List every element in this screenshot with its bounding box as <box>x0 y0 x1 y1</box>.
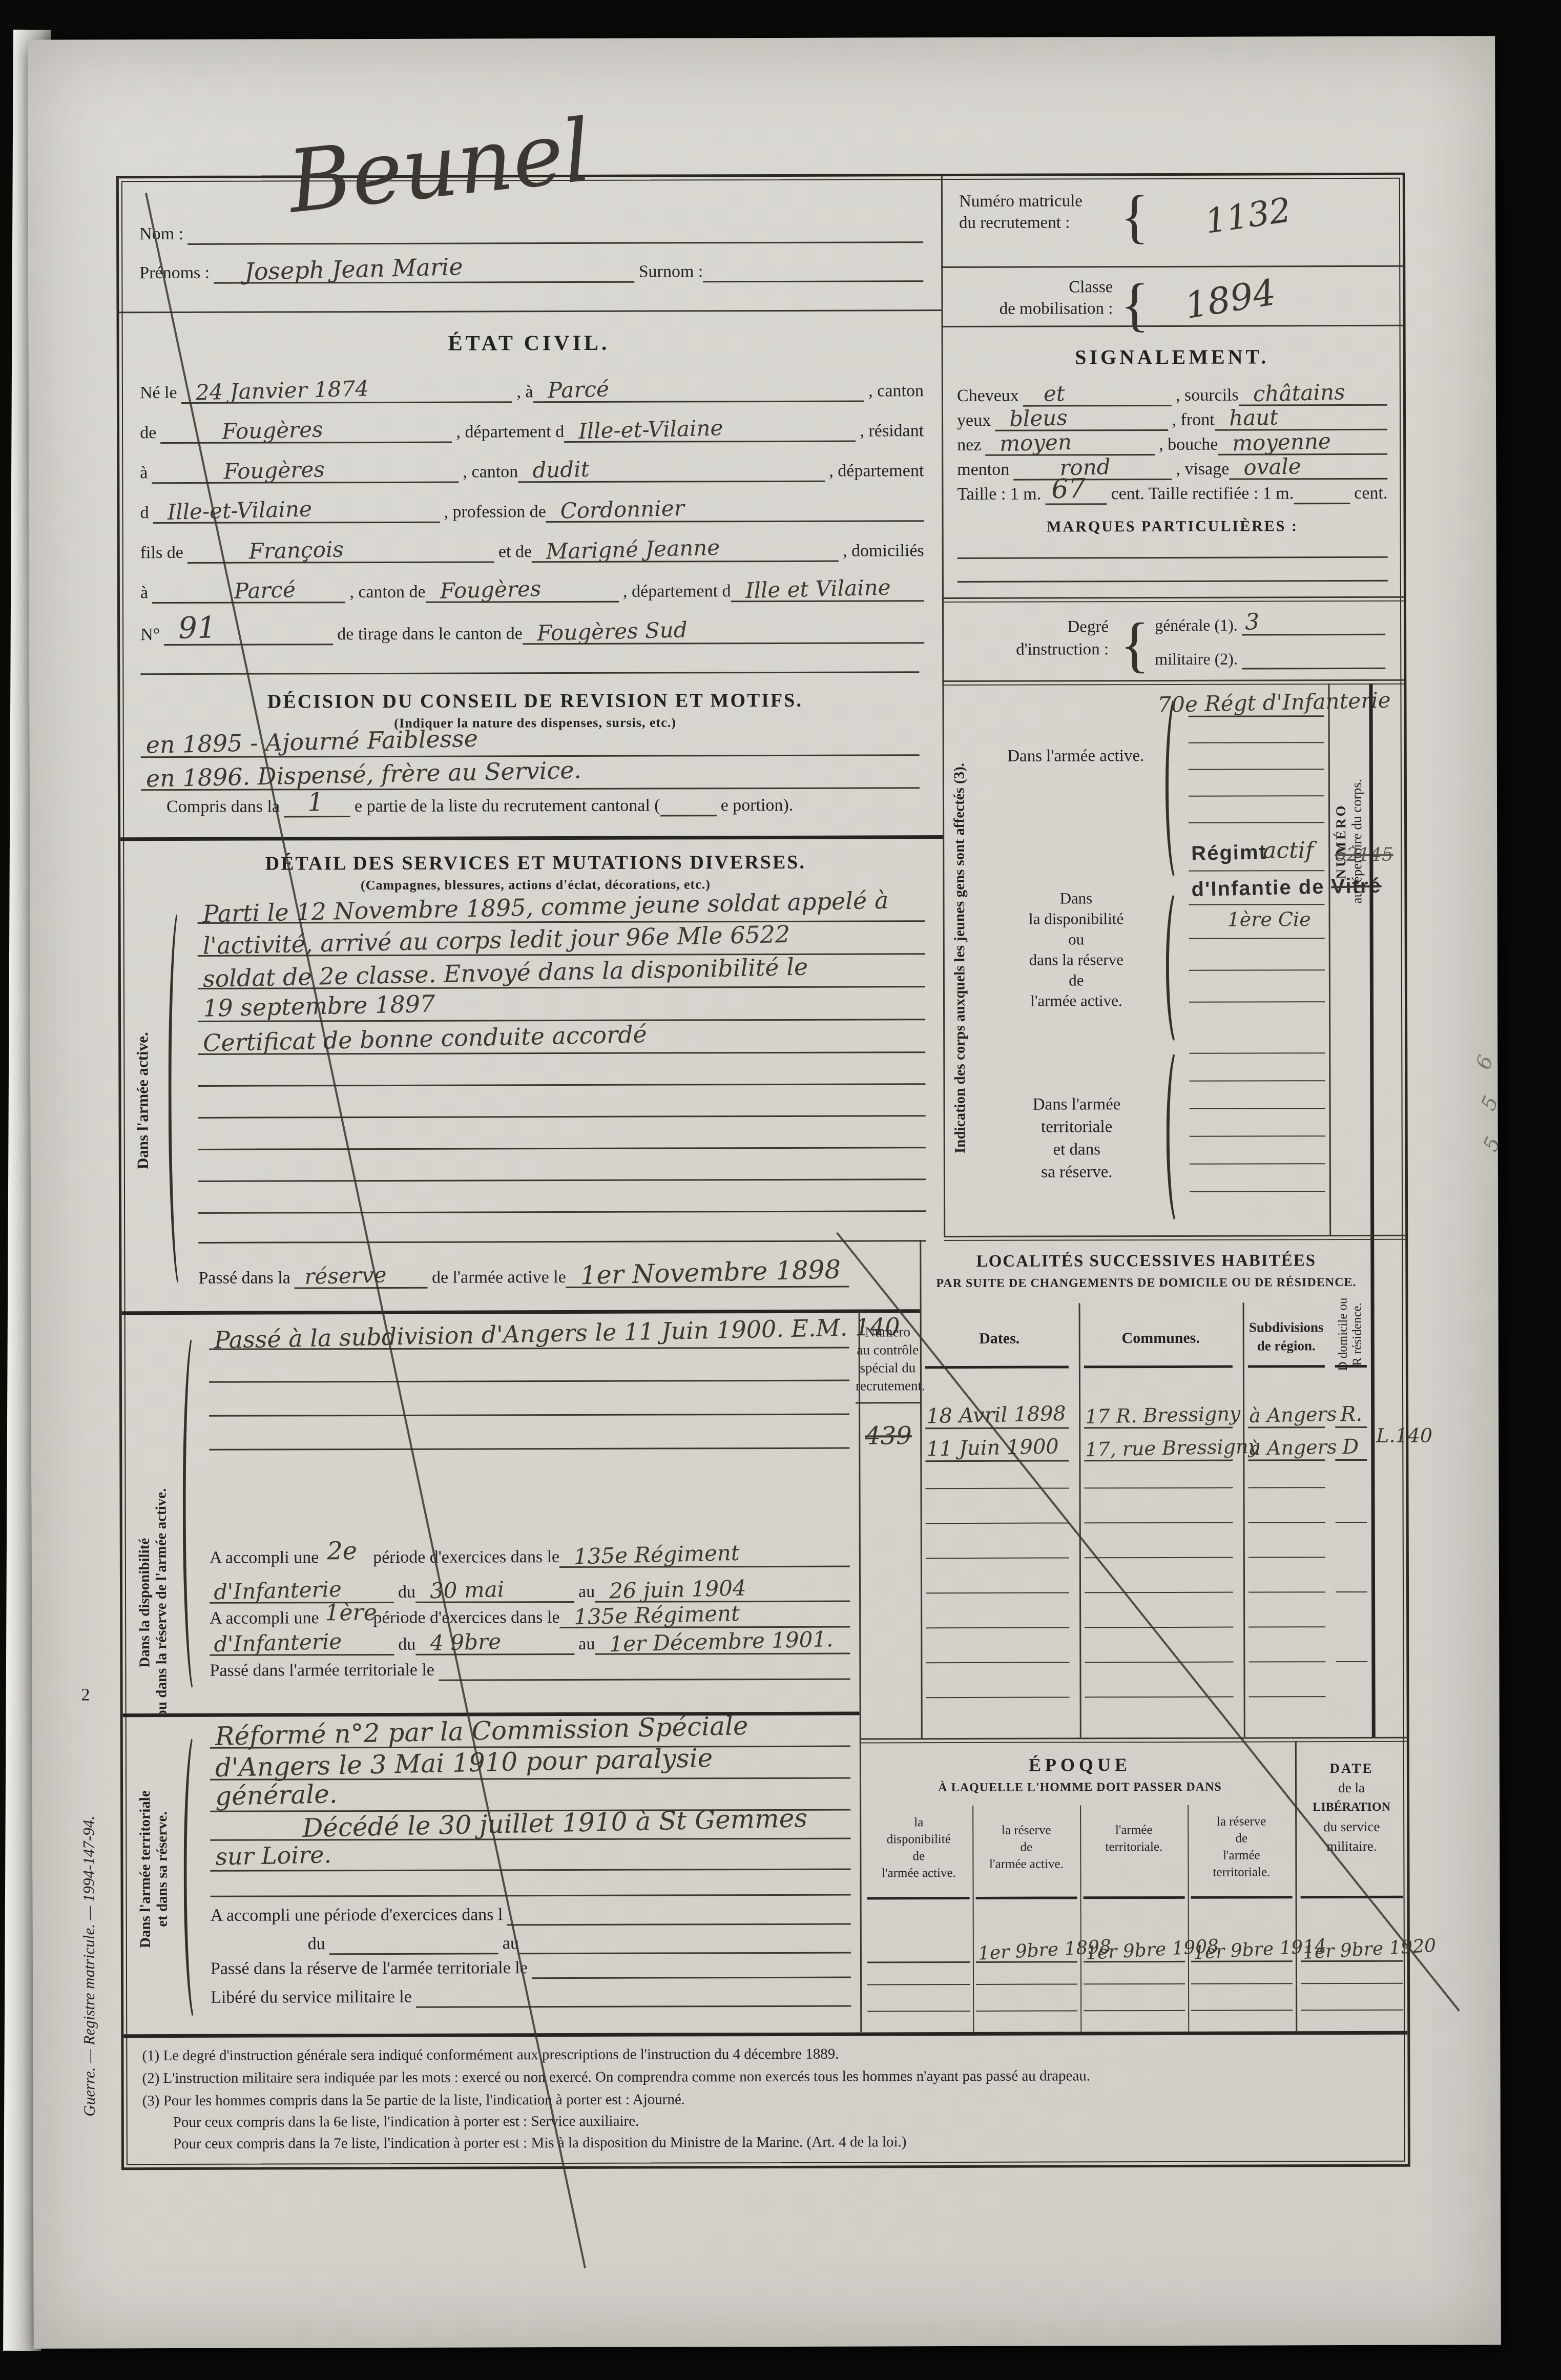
blank-ruled-line <box>1189 742 1324 743</box>
exercice2-numero-value: 1ère <box>325 1600 377 1626</box>
blank-ruled-line <box>1190 1163 1325 1165</box>
residant-label: , résidant <box>856 421 924 442</box>
empty-row-line <box>1248 1487 1325 1488</box>
reforme-line-2: d'Angers le 3 Mai 1910 pour paralysie <box>210 1754 850 1781</box>
localites-title: LOCALITÉS SUCCESSIVES HABITÉES <box>921 1251 1371 1271</box>
double-rule-d <box>942 684 1404 686</box>
passe-reserve-field-2: 1er Novembre 1898 <box>566 1260 849 1288</box>
exercice2-au-value: 1er Décembre 1901. <box>609 1626 834 1657</box>
departement-domicile-field: Ille et Vilaine <box>731 573 924 602</box>
front-field: haut <box>1215 405 1388 431</box>
bouche-value: moyenne <box>1232 428 1331 456</box>
profession-value: Cordonnier <box>560 495 684 524</box>
a-label: , à <box>512 382 533 403</box>
residence-field: Fougères <box>152 455 459 484</box>
bouche-field: moyenne <box>1218 430 1387 456</box>
nom-label: Nom : <box>139 224 188 245</box>
empty-row-line <box>1248 1522 1325 1523</box>
service-line-4: 19 septembre 1897 <box>198 996 925 1022</box>
decede-line-2: sur Loire. <box>210 1845 850 1872</box>
col-communes-header: Communes. <box>1084 1330 1238 1348</box>
spine-page-number: 2 <box>81 1685 90 1705</box>
empty-row-line <box>1301 1983 1403 1984</box>
epoque-value-1 <box>867 1939 970 1963</box>
libere-field <box>416 1983 851 2008</box>
profession-label: , profession de <box>440 502 546 523</box>
corps-strip-divider <box>1328 684 1331 1235</box>
corps-right-rotated-label: NUMÉRO au répertoire du corps. <box>1333 779 1365 903</box>
corps-terr-brace <box>1166 1047 1190 1227</box>
localites-top-rule-b <box>944 1239 1405 1241</box>
empty-row-line <box>1249 1696 1326 1697</box>
yeux-label: yeux <box>957 411 995 431</box>
prenoms-label: Prénoms : <box>139 263 214 284</box>
departement-naissance-field: Ille-et-Vilaine <box>564 414 856 443</box>
margin-note-l140: L.140 <box>1376 1424 1432 1447</box>
canton-label: , canton <box>864 381 924 402</box>
empty-row-line <box>1191 1983 1293 1984</box>
visage-label: , visage <box>1172 460 1229 480</box>
visage-value: ovale <box>1243 453 1301 480</box>
exercice2-numero-gap: 1ère <box>323 1603 369 1629</box>
footnotes-divider <box>123 2031 1407 2038</box>
epoque-date-header: DATE de la LIBÉRATION du service militai… <box>1300 1758 1403 1856</box>
empty-row-line <box>1248 1591 1325 1592</box>
decision-line-2: en 1896. Dispensé, frère au Service. <box>141 767 920 791</box>
decede-value-2: sur Loire. <box>215 1840 332 1871</box>
domicilies-label: , domiciliés <box>839 541 924 562</box>
marques-title: MARQUES PARTICULIÈRES : <box>942 518 1403 536</box>
epoque-top-rule-b <box>860 1741 1407 1744</box>
departement3-label: , département d <box>619 582 731 603</box>
stamp-regiment: Régimt <box>1191 841 1267 865</box>
sourcils-field: châtains <box>1239 381 1387 406</box>
exercice2-label-2: période d'exercices dans le <box>369 1608 560 1629</box>
empty-row-line <box>976 1983 1077 1985</box>
exercice1-label-1: A accompli une <box>210 1548 323 1569</box>
au-field <box>519 1930 851 1955</box>
section-divider <box>120 835 943 841</box>
epoque-date-value: 1er 9bre 1920 <box>1301 1938 1403 1962</box>
domicile-field: Parcé <box>152 575 346 604</box>
blank-ruled-line <box>1189 769 1324 770</box>
profession-field: Cordonnier <box>546 493 924 523</box>
epoque-header-rule <box>1084 1896 1185 1899</box>
disponibilite-side-label: Dans la disponibilité ou dans la réserve… <box>136 1488 171 1717</box>
lieu-naissance-value: Parcé <box>547 377 609 403</box>
blank-ruled-line <box>958 556 1388 559</box>
cheveux-field: et <box>1023 381 1172 407</box>
header-bottom-rule <box>119 309 941 313</box>
exercice2-label-1: A accompli une <box>210 1608 323 1629</box>
passe-reserve-label-2: de l'armée active le <box>428 1268 566 1289</box>
exercice2-corps-field: d'Infanterie <box>210 1628 394 1656</box>
compris-label: Compris dans la <box>166 797 284 818</box>
canton-residence-field: dudit <box>518 454 825 483</box>
epoque-value-2: 1er 9bre 1898 <box>976 1938 1077 1963</box>
corps-dispo-brace <box>1165 888 1190 1048</box>
table-divider-2 <box>1243 1303 1245 1737</box>
footnote-5: Pour ceux compris dans la 7e liste, l'in… <box>173 2134 907 2153</box>
blank-ruled-line <box>1189 1080 1325 1082</box>
empty-row-line <box>1085 1662 1233 1663</box>
localite-row2-subdivision: à Angers <box>1248 1437 1325 1461</box>
footnote-4: Pour ceux compris dans la 6e liste, l'in… <box>173 2113 639 2131</box>
decede-line-1: Décédé le 30 juillet 1910 à St Gemmes <box>210 1814 850 1841</box>
blank-ruled-line <box>198 1083 925 1087</box>
taille-value: 67 <box>1051 473 1086 505</box>
double-rule-c <box>942 679 1404 682</box>
du-label: du <box>308 1934 329 1955</box>
date-naissance-value: 24 Janvier 1874 <box>195 376 369 405</box>
corps-terr-label: Dans l'armée territoriale et dans sa rés… <box>992 1093 1161 1184</box>
decision-title: DÉCISION DU CONSEIL DE REVISION ET MOTIF… <box>181 689 888 713</box>
degre-generale-value: 3 <box>1244 609 1259 635</box>
compris-partie-field: 1 <box>284 791 350 817</box>
table-header-rule-3 <box>1248 1365 1325 1368</box>
edge-mark: 5 <box>1479 1133 1505 1155</box>
col-dr-header: D domicile ou R résidence. <box>1336 1297 1365 1371</box>
scanned-register-page: Guerre. — Registre matricule. — 1994-147… <box>0 0 1561 2380</box>
menton-label: menton <box>957 460 1013 481</box>
canton-domicile-value: Fougères <box>440 576 542 604</box>
tirage-canton-field: Fougères Sud <box>523 613 924 645</box>
compris-label-3: e portion). <box>717 796 794 816</box>
canton-residence-value: dudit <box>532 457 590 483</box>
front-value: haut <box>1229 404 1278 430</box>
epoque-header-rule <box>976 1896 1077 1899</box>
armee-active-side-label: Dans l'armée active. <box>133 1032 152 1169</box>
localite-row2-commune: 17, rue Bressigny <box>1084 1437 1233 1462</box>
date-naissance-field: 24 Janvier 1874 <box>181 375 513 404</box>
exercice1-regiment-value: 135e Régiment <box>574 1540 740 1569</box>
blank-ruled-line <box>958 580 1388 583</box>
blank-ruled-line <box>198 1210 926 1214</box>
pere-value: François <box>248 536 344 564</box>
departement-naissance-value: Ille-et-Vilaine <box>578 415 723 444</box>
exercice2-regiment-field: 135e Régiment <box>559 1601 850 1628</box>
localite-row1-dr: R. <box>1335 1404 1367 1428</box>
double-rule-b <box>942 601 1404 603</box>
blank-ruled-line <box>1189 822 1324 823</box>
empty-row-line <box>926 1592 1069 1593</box>
matricule-form: Beunel Nom : Prénoms : Joseph Jean Marie… <box>116 173 1410 2170</box>
nez-label: nez <box>957 436 985 456</box>
lieu-naissance-field: Parcé <box>533 374 864 403</box>
corps-dispo-label: Dans la disponibilité ou dans la réserve… <box>991 888 1161 1011</box>
exercice3-field <box>507 1900 850 1926</box>
exercice1-numero-value: 2e <box>327 1537 357 1565</box>
signature-nom: Beunel <box>283 100 596 232</box>
lower-column-divider <box>859 1310 862 2033</box>
corps-active-value: 70e Régt d'Infanterie <box>1157 688 1391 717</box>
stamp-hand-actif: actif <box>1263 837 1314 863</box>
nez-field: moyen <box>985 430 1155 456</box>
departement-domicile-value: Ille et Vilaine <box>745 574 891 603</box>
epoque-col2-header: la réserve de l'armée active. <box>972 1822 1080 1873</box>
blank-ruled-line <box>198 1240 926 1244</box>
corps-active-brace <box>1165 693 1189 884</box>
nez-value: moyen <box>1000 429 1072 456</box>
empty-row-line <box>1085 1557 1233 1559</box>
epoque-title: ÉPOQUE <box>865 1753 1295 1776</box>
passe-reserve-field-1: réserve <box>295 1261 428 1289</box>
degre-generale-field: 3 <box>1242 612 1385 636</box>
numero-tirage-value: 91 <box>178 610 216 646</box>
mere-value: Marigné Jeanne <box>546 535 720 564</box>
visage-field: ovale <box>1229 454 1387 480</box>
empty-row-line <box>1085 1487 1233 1489</box>
prenoms-value: Joseph Jean Marie <box>244 253 464 285</box>
cheveux-label: Cheveux <box>957 386 1023 407</box>
epoque-value-3: 1er 9bre 1908 <box>1084 1938 1185 1963</box>
prenoms-field: Joseph Jean Marie <box>214 257 635 284</box>
sourcils-label: , sourcils <box>1172 386 1239 406</box>
col-dates-header: Dates. <box>925 1330 1074 1348</box>
territoriale-brace <box>183 1731 207 2024</box>
empty-row-line <box>1085 1696 1234 1698</box>
blank-ruled-line <box>1189 795 1324 797</box>
exercice2-du-value: 4 9bre <box>430 1629 502 1655</box>
blank-ruled-line <box>198 1147 926 1150</box>
tirage-canton-value: Fougères Sud <box>536 617 688 646</box>
taille-label-1: Taille : 1 m. <box>957 485 1045 505</box>
service-value-3: soldat de 2e classe. Envoyé dans la disp… <box>202 953 808 992</box>
epoque-top-rule-a <box>860 1737 1407 1740</box>
service-value-2: l'activité, arrivé au corps ledit jour 9… <box>202 920 790 960</box>
epoque-col1-header: la disponibilité de l'armée active. <box>865 1814 972 1882</box>
empty-row-line <box>867 2011 970 2012</box>
localite-row2-date: 11 Juin 1900 <box>925 1437 1069 1462</box>
epoque-value-4: 1er 9bre 1914 <box>1191 1938 1293 1962</box>
residence-value: Fougères <box>223 457 325 484</box>
register-page: Guerre. — Registre matricule. — 1994-147… <box>28 36 1501 2348</box>
degre-generale-label: générale (1). <box>1155 616 1242 636</box>
ne-le-label: Né le <box>140 383 181 404</box>
empty-row-line <box>926 1696 1070 1698</box>
empty-row-line <box>1085 1522 1233 1524</box>
a2-label: à <box>140 463 152 484</box>
stamp-line-rule <box>1189 870 1324 872</box>
service-line-1: Parti le 12 Novembre 1895, comme jeune s… <box>198 898 925 924</box>
classe-rule <box>942 325 1403 327</box>
taille-label-3: cent. <box>1350 484 1387 504</box>
empty-row-line <box>1301 2010 1403 2011</box>
empty-row-line <box>1248 1557 1325 1558</box>
empty-row-line <box>1191 2010 1293 2011</box>
pere-field: François <box>188 534 494 564</box>
numero-tirage-label: N° <box>140 625 164 646</box>
empty-row-line <box>926 1627 1069 1628</box>
empty-row-line <box>1248 1661 1325 1662</box>
degre-label: Degré d'instruction : <box>981 615 1109 661</box>
empty-row-line <box>976 2010 1077 2012</box>
blank-ruled-line <box>1190 1108 1325 1109</box>
armee-active-brace <box>168 906 193 1291</box>
corps-active-label: Dans l'armée active. <box>991 744 1160 768</box>
disponibilite-brace <box>182 1331 207 1696</box>
domicile-value: Parcé <box>234 577 296 604</box>
matricule-brace: { <box>1120 183 1149 251</box>
blank-ruled-line <box>140 671 919 675</box>
blank-ruled-line <box>1189 1001 1325 1003</box>
yeux-field: bleus <box>995 406 1168 431</box>
footnote-2: (2) L'instruction militaire sera indiqué… <box>142 2067 1090 2087</box>
epoque-date-divider <box>1295 1741 1297 2031</box>
corps-heavy-divider <box>1369 684 1375 1737</box>
epoque-header-rule <box>1301 1896 1403 1899</box>
passe-reserve-territoriale-label: Passé dans la réserve de l'armée territo… <box>211 1958 532 1980</box>
passe-territoriale-field <box>439 1655 850 1681</box>
footnote-1: (1) Le degré d'instruction générale sera… <box>142 2046 839 2065</box>
cancellation-stroke-right <box>836 1232 1460 2012</box>
compris-partie-value: 1 <box>307 787 324 817</box>
passe-territoriale-label: Passé dans l'armée territoriale le <box>210 1661 439 1682</box>
numero-tirage-field: 91 <box>164 615 333 646</box>
empty-row-line <box>1336 1661 1367 1662</box>
epoque-header-rule <box>867 1897 970 1900</box>
passe-reserve-value-2: 1er Novembre 1898 <box>580 1254 841 1290</box>
reforme-value-3: générale. <box>215 1779 338 1811</box>
table-header-rule-2 <box>1084 1365 1233 1369</box>
empty-row-line <box>926 1487 1069 1489</box>
departement2-label: , département <box>825 461 924 482</box>
canton2-label: , canton <box>459 462 518 483</box>
tirage-canton-label: de tirage dans le canton de <box>333 624 523 645</box>
blank-ruled-line <box>1190 1191 1325 1192</box>
canton3-label: , canton de <box>345 583 425 603</box>
empty-row-line <box>926 1662 1069 1663</box>
epoque-header-rule <box>1191 1896 1293 1899</box>
controle-header-rule <box>856 1402 920 1403</box>
exercice2-au-label: au <box>574 1634 595 1655</box>
table-header-rule-4 <box>1335 1365 1367 1368</box>
exercice2-corps-value: d'Infanterie <box>214 1629 342 1657</box>
col-subdivisions-header: Subdivisions de région. <box>1248 1318 1325 1355</box>
localite-row2-dr: D <box>1335 1437 1367 1461</box>
departement-residence-field: Ille-et-Vilaine <box>153 495 440 524</box>
localite-row1-date: 18 Avril 1898 <box>925 1404 1069 1429</box>
epoque-col4-header: la réserve de l'armée territoriale. <box>1188 1813 1295 1881</box>
exercice1-regiment-field: 135e Régiment <box>559 1540 850 1568</box>
empty-row-line <box>926 1522 1069 1524</box>
spine-label: Guerre. — Registre matricule. — 1994-147… <box>79 1816 99 2117</box>
degre-militaire-label: militaire (2). <box>1155 650 1242 670</box>
exercice2-du-field: 4 9bre <box>415 1628 574 1655</box>
a3-label: à <box>140 583 152 604</box>
canton-domicile-field: Fougères <box>426 574 619 603</box>
classe-brace: { <box>1120 271 1149 339</box>
blank-ruled-line <box>209 1414 849 1417</box>
empty-row-line <box>1085 1592 1233 1593</box>
controle-header: Numéro au contrôle spécial du recrutemen… <box>856 1323 920 1395</box>
compris-portion-field <box>660 790 717 816</box>
classe-value: 1894 <box>1182 271 1279 327</box>
compris-label-2: e partie de la liste du recrutement cant… <box>350 796 660 818</box>
localite-row1-commune: 17 R. Bressigny <box>1084 1404 1233 1429</box>
matricule-label: Numéro matricule du recrutement : <box>959 190 1083 234</box>
service-line-3: soldat de 2e classe. Envoyé dans la disp… <box>198 963 925 989</box>
blank-ruled-line <box>198 1115 926 1119</box>
exercice1-numero-gap: 2e <box>323 1543 369 1568</box>
libere-label: Libéré du service militaire le <box>211 1988 416 2009</box>
corps-left-rotated-label: Indication des corps auxquels les jeunes… <box>951 763 969 1153</box>
empty-row-line <box>926 1557 1069 1559</box>
exercice2-du-label: du <box>394 1635 415 1655</box>
table-divider-1 <box>1079 1303 1081 1737</box>
blank-ruled-line <box>1189 938 1325 939</box>
signalement-title: SIGNALEMENT. <box>942 344 1403 369</box>
epoque-col3-header: l'armée territoriale. <box>1080 1822 1188 1856</box>
localites-top-rule-a <box>944 1235 1405 1237</box>
blank-ruled-line <box>198 1178 926 1182</box>
table-border-left <box>920 1240 923 1738</box>
exercice2-au-field: 1er Décembre 1901. <box>595 1627 850 1655</box>
blank-ruled-line <box>1189 969 1325 971</box>
double-rule-a <box>942 596 1404 599</box>
exercice1-du-label: du <box>394 1583 415 1603</box>
stamp-hand-compagnie: 1ère Cie <box>1227 908 1311 930</box>
canton-naissance-value: Fougères <box>222 417 324 444</box>
localites-subtitle: PAR SUITE DE CHANGEMENTS DE DOMICILE OU … <box>921 1276 1371 1291</box>
matricule-value: 1132 <box>1202 190 1293 241</box>
mere-field: Marigné Jeanne <box>532 534 839 563</box>
taille-field: 67 <box>1045 480 1107 505</box>
epoque-subtitle: À LAQUELLE L'HOMME DOIT PASSER DANS <box>865 1780 1295 1795</box>
blank-ruled-line <box>209 1447 849 1451</box>
exercice3-label: A accompli une période d'exercices dans … <box>211 1905 507 1927</box>
canton-naissance-field: Fougères <box>160 415 452 444</box>
stamp-line-rule-2 <box>1189 904 1325 905</box>
subdivision-line: Passé à la subdivision d'Angers le 11 Ju… <box>209 1323 849 1350</box>
territoriale-side-label: Dans l'armée territoriale et dans sa rés… <box>137 1790 171 1948</box>
taille-label-2: cent. Taille rectifiée : 1 m. <box>1107 484 1294 505</box>
exercice1-label-2: période d'exercices dans le <box>369 1547 559 1568</box>
passe-reserve-label-1: Passé dans la <box>198 1268 295 1289</box>
bouche-label: , bouche <box>1155 435 1218 456</box>
localite-row1-subdivision: à Angers <box>1248 1404 1325 1428</box>
controle-value-struck: 439 <box>865 1421 912 1450</box>
blank-ruled-line <box>211 1894 851 1897</box>
passe-reserve-territoriale-field <box>532 1954 851 1979</box>
empty-row-line <box>1336 1591 1367 1592</box>
exercice2-regiment-value: 135e Régiment <box>574 1601 740 1630</box>
de-label: de <box>140 423 160 444</box>
departement-residence-value: Ille-et-Vilaine <box>167 496 312 525</box>
d-label: d <box>140 503 153 524</box>
reforme-line-1: Réformé n°2 par la Commission Spéciale <box>210 1722 850 1749</box>
degre-brace: { <box>1120 609 1150 680</box>
du-field <box>329 1930 498 1955</box>
empty-row-line <box>1084 2010 1185 2012</box>
blank-ruled-line <box>1190 1135 1325 1137</box>
matricule-rule <box>941 265 1403 268</box>
exercice1-corps-value: d'Infanterie <box>213 1577 342 1605</box>
etat-civil-title: ÉTAT CIVIL. <box>273 330 785 357</box>
sourcils-value: châtains <box>1253 379 1345 406</box>
service-value-5: Certificat de bonne conduite accordé <box>203 1020 648 1057</box>
et-de-label: et de <box>494 542 532 563</box>
surnom-label: Surnom : <box>635 262 703 282</box>
empty-row-line <box>1085 1627 1233 1628</box>
taille-rectifiee-field <box>1294 479 1350 504</box>
edge-mark: 5 <box>1476 1092 1503 1114</box>
blank-ruled-line <box>209 1380 849 1383</box>
empty-row-line <box>1336 1522 1367 1523</box>
yeux-value: bleus <box>1009 405 1068 431</box>
footnote-3: (3) Pour les hommes compris dans la 5e p… <box>142 2091 685 2109</box>
empty-row-line <box>1084 1983 1185 1985</box>
